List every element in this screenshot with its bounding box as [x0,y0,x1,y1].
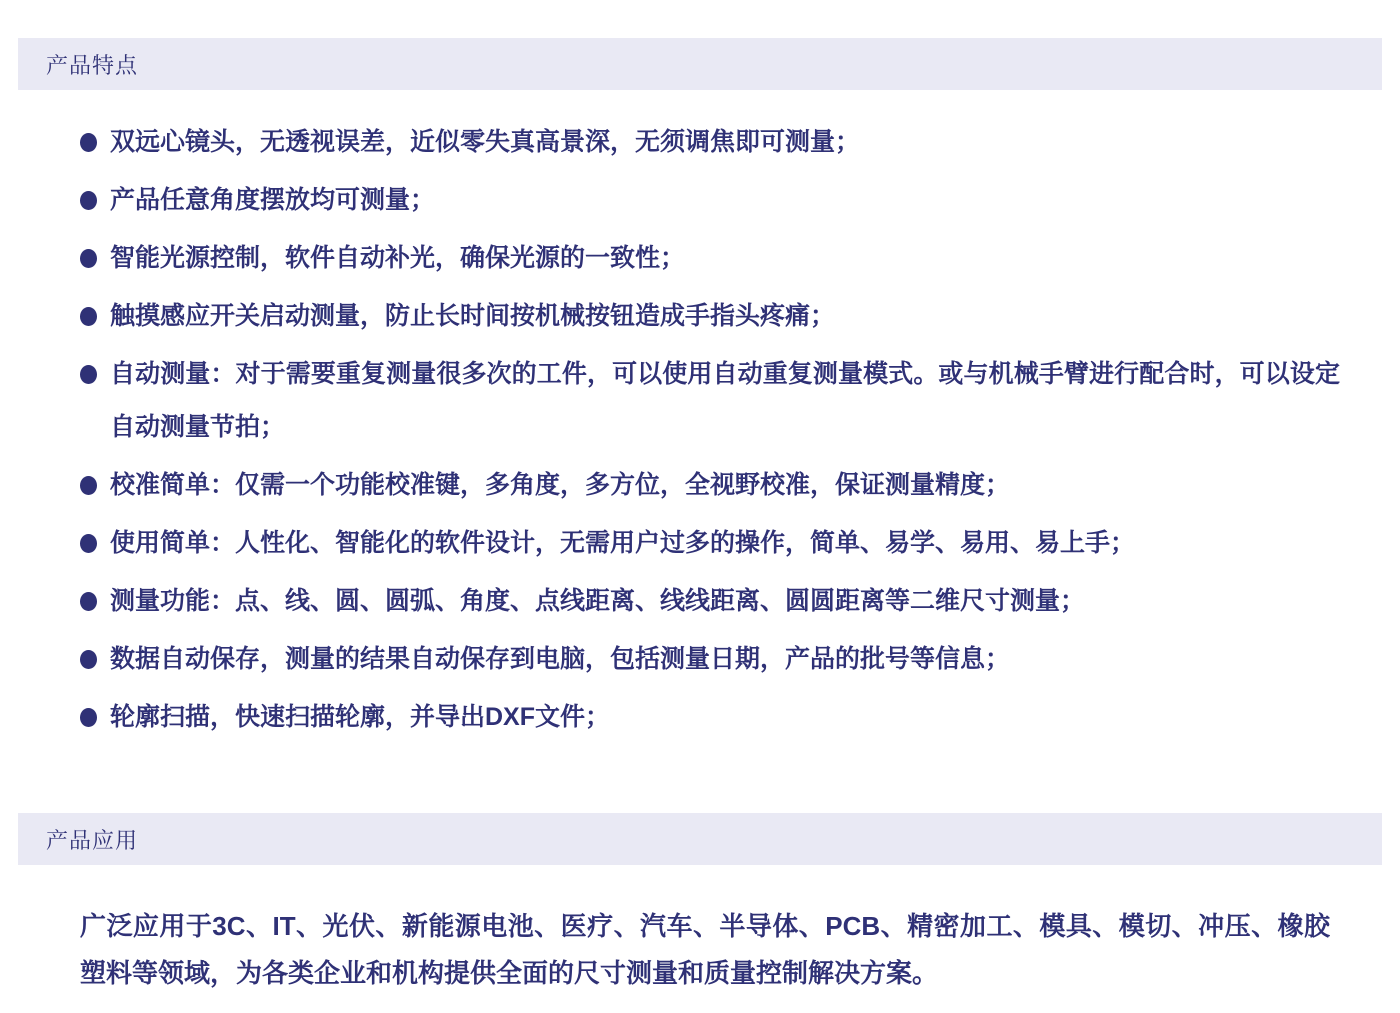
applications-paragraph: 广泛应用于3C、IT、光伏、新能源电池、医疗、汽车、半导体、PCB、精密加工、模… [80,903,1330,997]
bullet-icon [80,476,97,495]
bullet-icon [80,365,97,384]
bullet-text: 校准简单：仅需一个功能校准键，多角度，多方位，全视野校准，保证测量精度； [110,459,1340,512]
bullet-text: 使用简单：人性化、智能化的软件设计，无需用户过多的操作，简单、易学、易用、易上手… [110,517,1340,570]
document-page: 产品特点 双远心镜头，无透视误差，近似零失真高景深，无须调焦即可测量； 产品任意… [0,0,1400,1013]
section-title-features: 产品特点 [46,49,138,80]
bullet-icon [80,534,97,553]
list-item: 双远心镜头，无透视误差，近似零失真高景深，无须调焦即可测量； [80,116,1340,169]
list-item: 轮廓扫描，快速扫描轮廓，并导出DXF文件； [80,691,1340,744]
list-item: 校准简单：仅需一个功能校准键，多角度，多方位，全视野校准，保证测量精度； [80,459,1340,512]
bullet-text: 测量功能：点、线、圆、圆弧、角度、点线距离、线线距离、圆圆距离等二维尺寸测量； [110,575,1340,628]
features-list: 双远心镜头，无透视误差，近似零失真高景深，无须调焦即可测量； 产品任意角度摆放均… [80,116,1340,749]
list-item: 测量功能：点、线、圆、圆弧、角度、点线距离、线线距离、圆圆距离等二维尺寸测量； [80,575,1340,628]
bullet-text: 智能光源控制，软件自动补光，确保光源的一致性； [110,232,1340,285]
bullet-text: 自动测量：对于需要重复测量很多次的工件，可以使用自动重复测量模式。或与机械手臂进… [110,348,1340,454]
bullet-text: 轮廓扫描，快速扫描轮廓，并导出DXF文件； [110,691,1340,744]
list-item: 自动测量：对于需要重复测量很多次的工件，可以使用自动重复测量模式。或与机械手臂进… [80,348,1340,454]
section-header-applications: 产品应用 [18,813,1382,865]
bullet-text: 数据自动保存，测量的结果自动保存到电脑，包括测量日期，产品的批号等信息； [110,633,1340,686]
section-title-applications: 产品应用 [46,824,138,855]
list-item: 智能光源控制，软件自动补光，确保光源的一致性； [80,232,1340,285]
bullet-text: 产品任意角度摆放均可测量； [110,174,1340,227]
list-item: 产品任意角度摆放均可测量； [80,174,1340,227]
bullet-icon [80,592,97,611]
bullet-icon [80,307,97,326]
bullet-icon [80,249,97,268]
bullet-icon [80,708,97,727]
bullet-icon [80,133,97,152]
bullet-icon [80,191,97,210]
list-item: 数据自动保存，测量的结果自动保存到电脑，包括测量日期，产品的批号等信息； [80,633,1340,686]
bullet-text: 双远心镜头，无透视误差，近似零失真高景深，无须调焦即可测量； [110,116,1340,169]
bullet-icon [80,650,97,669]
section-header-features: 产品特点 [18,38,1382,90]
list-item: 使用简单：人性化、智能化的软件设计，无需用户过多的操作，简单、易学、易用、易上手… [80,517,1340,570]
list-item: 触摸感应开关启动测量，防止长时间按机械按钮造成手指头疼痛； [80,290,1340,343]
bullet-text: 触摸感应开关启动测量，防止长时间按机械按钮造成手指头疼痛； [110,290,1340,343]
